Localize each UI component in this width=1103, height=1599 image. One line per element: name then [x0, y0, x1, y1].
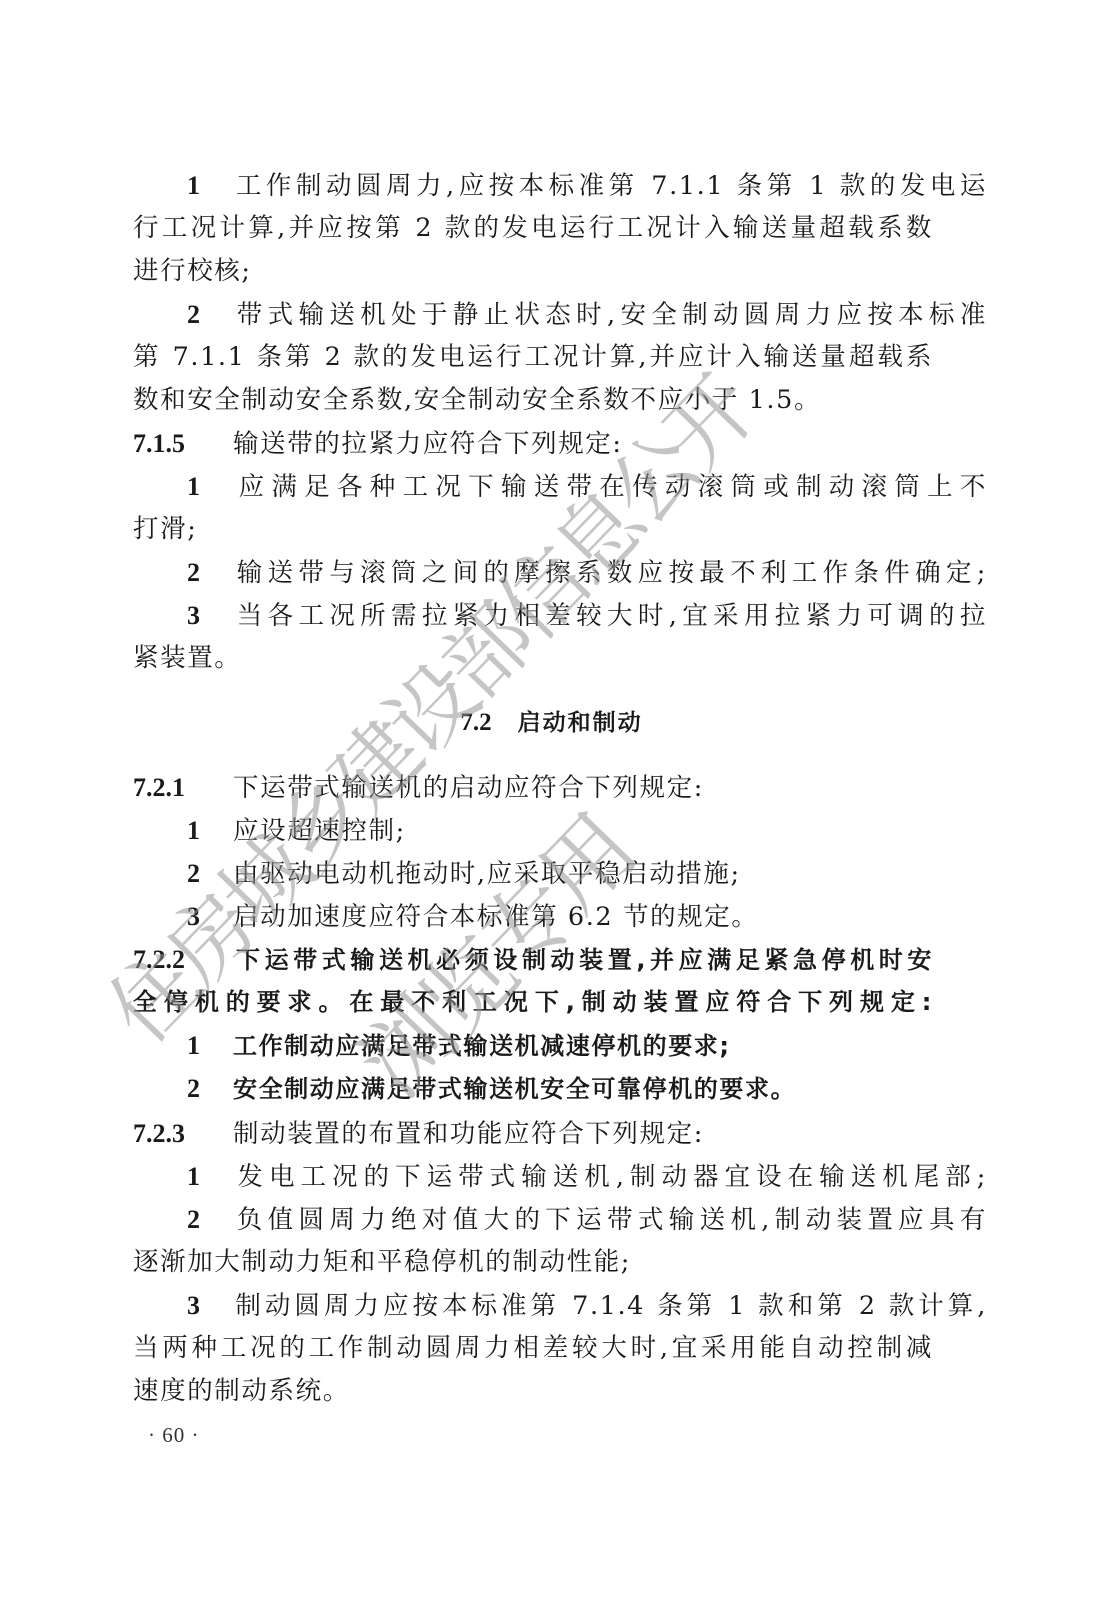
- paragraph-text: 工作制动圆周力,应按本标准第 7.1.1 条第 1 款的发电运: [233, 171, 987, 201]
- paragraph-continuation-line: 逐渐加大制动力矩和平稳停机的制动性能;: [133, 1241, 933, 1284]
- item-number: 2: [187, 551, 233, 594]
- item-number: 2: [187, 852, 233, 895]
- item-paragraph-line: 2输送带与滚筒之间的摩擦系数应按最不利工作条件确定;: [133, 551, 987, 594]
- clause-text: 输送带的拉紧力应符合下列规定:: [233, 429, 623, 459]
- item-number: 1: [187, 1155, 233, 1198]
- item-number: 3: [187, 594, 233, 637]
- paragraph-continuation-line: 进行校核;: [133, 250, 933, 293]
- paragraph-text: 应满足各种工况下输送带在传动滚筒或制动滚筒上不: [233, 472, 987, 502]
- mandatory-item-line: 1工作制动应满足带式输送机减速停机的要求;: [133, 1024, 987, 1067]
- paragraph-continuation-line: 紧装置。: [133, 637, 933, 680]
- item-paragraph-line: 1应设超速控制;: [133, 809, 987, 852]
- item-number: 2: [187, 1067, 233, 1110]
- item-paragraph-line: 2带式输送机处于静止状态时,安全制动圆周力应按本标准: [133, 293, 987, 336]
- paragraph-text: 行工况计算,并应按第 2 款的发电运行工况计入输送量超载系数: [133, 213, 933, 243]
- item-number: 3: [187, 1284, 233, 1327]
- clause-text: 制动装置的布置和功能应符合下列规定:: [233, 1119, 704, 1149]
- clause-number: 7.2.2: [133, 938, 233, 981]
- item-paragraph-line: 1工作制动圆周力,应按本标准第 7.1.1 条第 1 款的发电运: [133, 164, 987, 207]
- item-paragraph-line: 1应满足各种工况下输送带在传动滚筒或制动滚筒上不: [133, 465, 987, 508]
- item-paragraph-line: 3启动加速度应符合本标准第 6.2 节的规定。: [133, 895, 987, 938]
- paragraph-continuation-line: 数和安全制动安全系数,安全制动安全系数不应小于 1.5。: [133, 379, 933, 422]
- mandatory-item-text: 安全制动应满足带式输送机安全可靠停机的要求。: [233, 1075, 796, 1103]
- paragraph-text: 由驱动电动机拖动时,应采取平稳启动措施;: [233, 859, 741, 889]
- paragraph-text: 带式输送机处于静止状态时,安全制动圆周力应按本标准: [233, 300, 987, 330]
- item-number: 1: [187, 1024, 233, 1067]
- section-title: 启动和制动: [518, 710, 643, 736]
- mandatory-continuation-line: 全停机的要求。在最不利工况下,制动装置应符合下列规定:: [133, 981, 933, 1024]
- paragraph-text: 当各工况所需拉紧力相差较大时,宜采用拉紧力可调的拉: [233, 601, 987, 631]
- paragraph-continuation-line: 速度的制动系统。: [133, 1370, 933, 1413]
- paragraph-text: 数和安全制动安全系数,安全制动安全系数不应小于 1.5。: [133, 385, 821, 415]
- clause-number: 7.2.3: [133, 1112, 233, 1155]
- clause-line: 7.1.5输送带的拉紧力应符合下列规定:: [133, 422, 933, 465]
- page-number: · 60 ·: [148, 1418, 200, 1452]
- paragraph-text: 逐渐加大制动力矩和平稳停机的制动性能;: [133, 1247, 631, 1277]
- item-paragraph-line: 2负值圆周力绝对值大的下运带式输送机,制动装置应具有: [133, 1198, 987, 1241]
- paragraph-text: 发电工况的下运带式输送机,制动器宜设在输送机尾部;: [233, 1162, 987, 1192]
- paragraph-text: 第 7.1.1 条第 2 款的发电运行工况计算,并应计入输送量超载系: [133, 342, 933, 372]
- paragraph-text: 速度的制动系统。: [133, 1376, 350, 1406]
- mandatory-item-line: 2安全制动应满足带式输送机安全可靠停机的要求。: [133, 1067, 987, 1110]
- mandatory-clause-text: 全停机的要求。在最不利工况下,制动装置应符合下列规定:: [133, 988, 933, 1016]
- paragraph-text: 负值圆周力绝对值大的下运带式输送机,制动装置应具有: [233, 1205, 987, 1235]
- section-heading: 7.2启动和制动: [0, 701, 1103, 744]
- section-number: 7.2: [460, 709, 491, 736]
- clause-line: 7.2.1下运带式输送机的启动应符合下列规定:: [133, 766, 933, 809]
- paragraph-text: 进行校核;: [133, 256, 252, 286]
- paragraph-continuation-line: 打滑;: [133, 508, 933, 551]
- paragraph-continuation-line: 当两种工况的工作制动圆周力相差较大时,宜采用能自动控制减: [133, 1327, 933, 1370]
- mandatory-clause-text: 下运带式输送机必须设制动装置,并应满足紧急停机时安: [233, 946, 933, 974]
- paragraph-text: 启动加速度应符合本标准第 6.2 节的规定。: [233, 902, 758, 932]
- paragraph-text: 当两种工况的工作制动圆周力相差较大时,宜采用能自动控制减: [133, 1333, 933, 1363]
- paragraph-text: 打滑;: [133, 514, 197, 544]
- item-paragraph-line: 3当各工况所需拉紧力相差较大时,宜采用拉紧力可调的拉: [133, 594, 987, 637]
- item-number: 2: [187, 293, 233, 336]
- clause-number: 7.2.1: [133, 766, 233, 809]
- clause-line: 7.2.3制动装置的布置和功能应符合下列规定:: [133, 1112, 933, 1155]
- mandatory-item-text: 工作制动应满足带式输送机减速停机的要求;: [233, 1032, 731, 1060]
- item-number: 3: [187, 895, 233, 938]
- paragraph-text: 输送带与滚筒之间的摩擦系数应按最不利工作条件确定;: [233, 558, 987, 588]
- paragraph-text: 紧装置。: [133, 643, 241, 673]
- paragraph-continuation-line: 第 7.1.1 条第 2 款的发电运行工况计算,并应计入输送量超载系: [133, 336, 933, 379]
- paragraph-continuation-line: 行工况计算,并应按第 2 款的发电运行工况计入输送量超载系数: [133, 207, 933, 250]
- document-page: 1工作制动圆周力,应按本标准第 7.1.1 条第 1 款的发电运 行工况计算,并…: [0, 0, 1103, 1599]
- item-number: 1: [187, 809, 233, 852]
- clause-text: 下运带式输送机的启动应符合下列规定:: [233, 773, 704, 803]
- item-number: 1: [187, 465, 233, 508]
- item-paragraph-line: 1发电工况的下运带式输送机,制动器宜设在输送机尾部;: [133, 1155, 987, 1198]
- item-paragraph-line: 2由驱动电动机拖动时,应采取平稳启动措施;: [133, 852, 987, 895]
- paragraph-text: 应设超速控制;: [233, 816, 406, 846]
- mandatory-clause-line: 7.2.2下运带式输送机必须设制动装置,并应满足紧急停机时安: [133, 938, 933, 981]
- item-number: 1: [187, 164, 233, 207]
- clause-number: 7.1.5: [133, 422, 233, 465]
- item-number: 2: [187, 1198, 233, 1241]
- paragraph-text: 制动圆周力应按本标准第 7.1.4 条第 1 款和第 2 款计算,: [233, 1291, 987, 1321]
- item-paragraph-line: 3制动圆周力应按本标准第 7.1.4 条第 1 款和第 2 款计算,: [133, 1284, 987, 1327]
